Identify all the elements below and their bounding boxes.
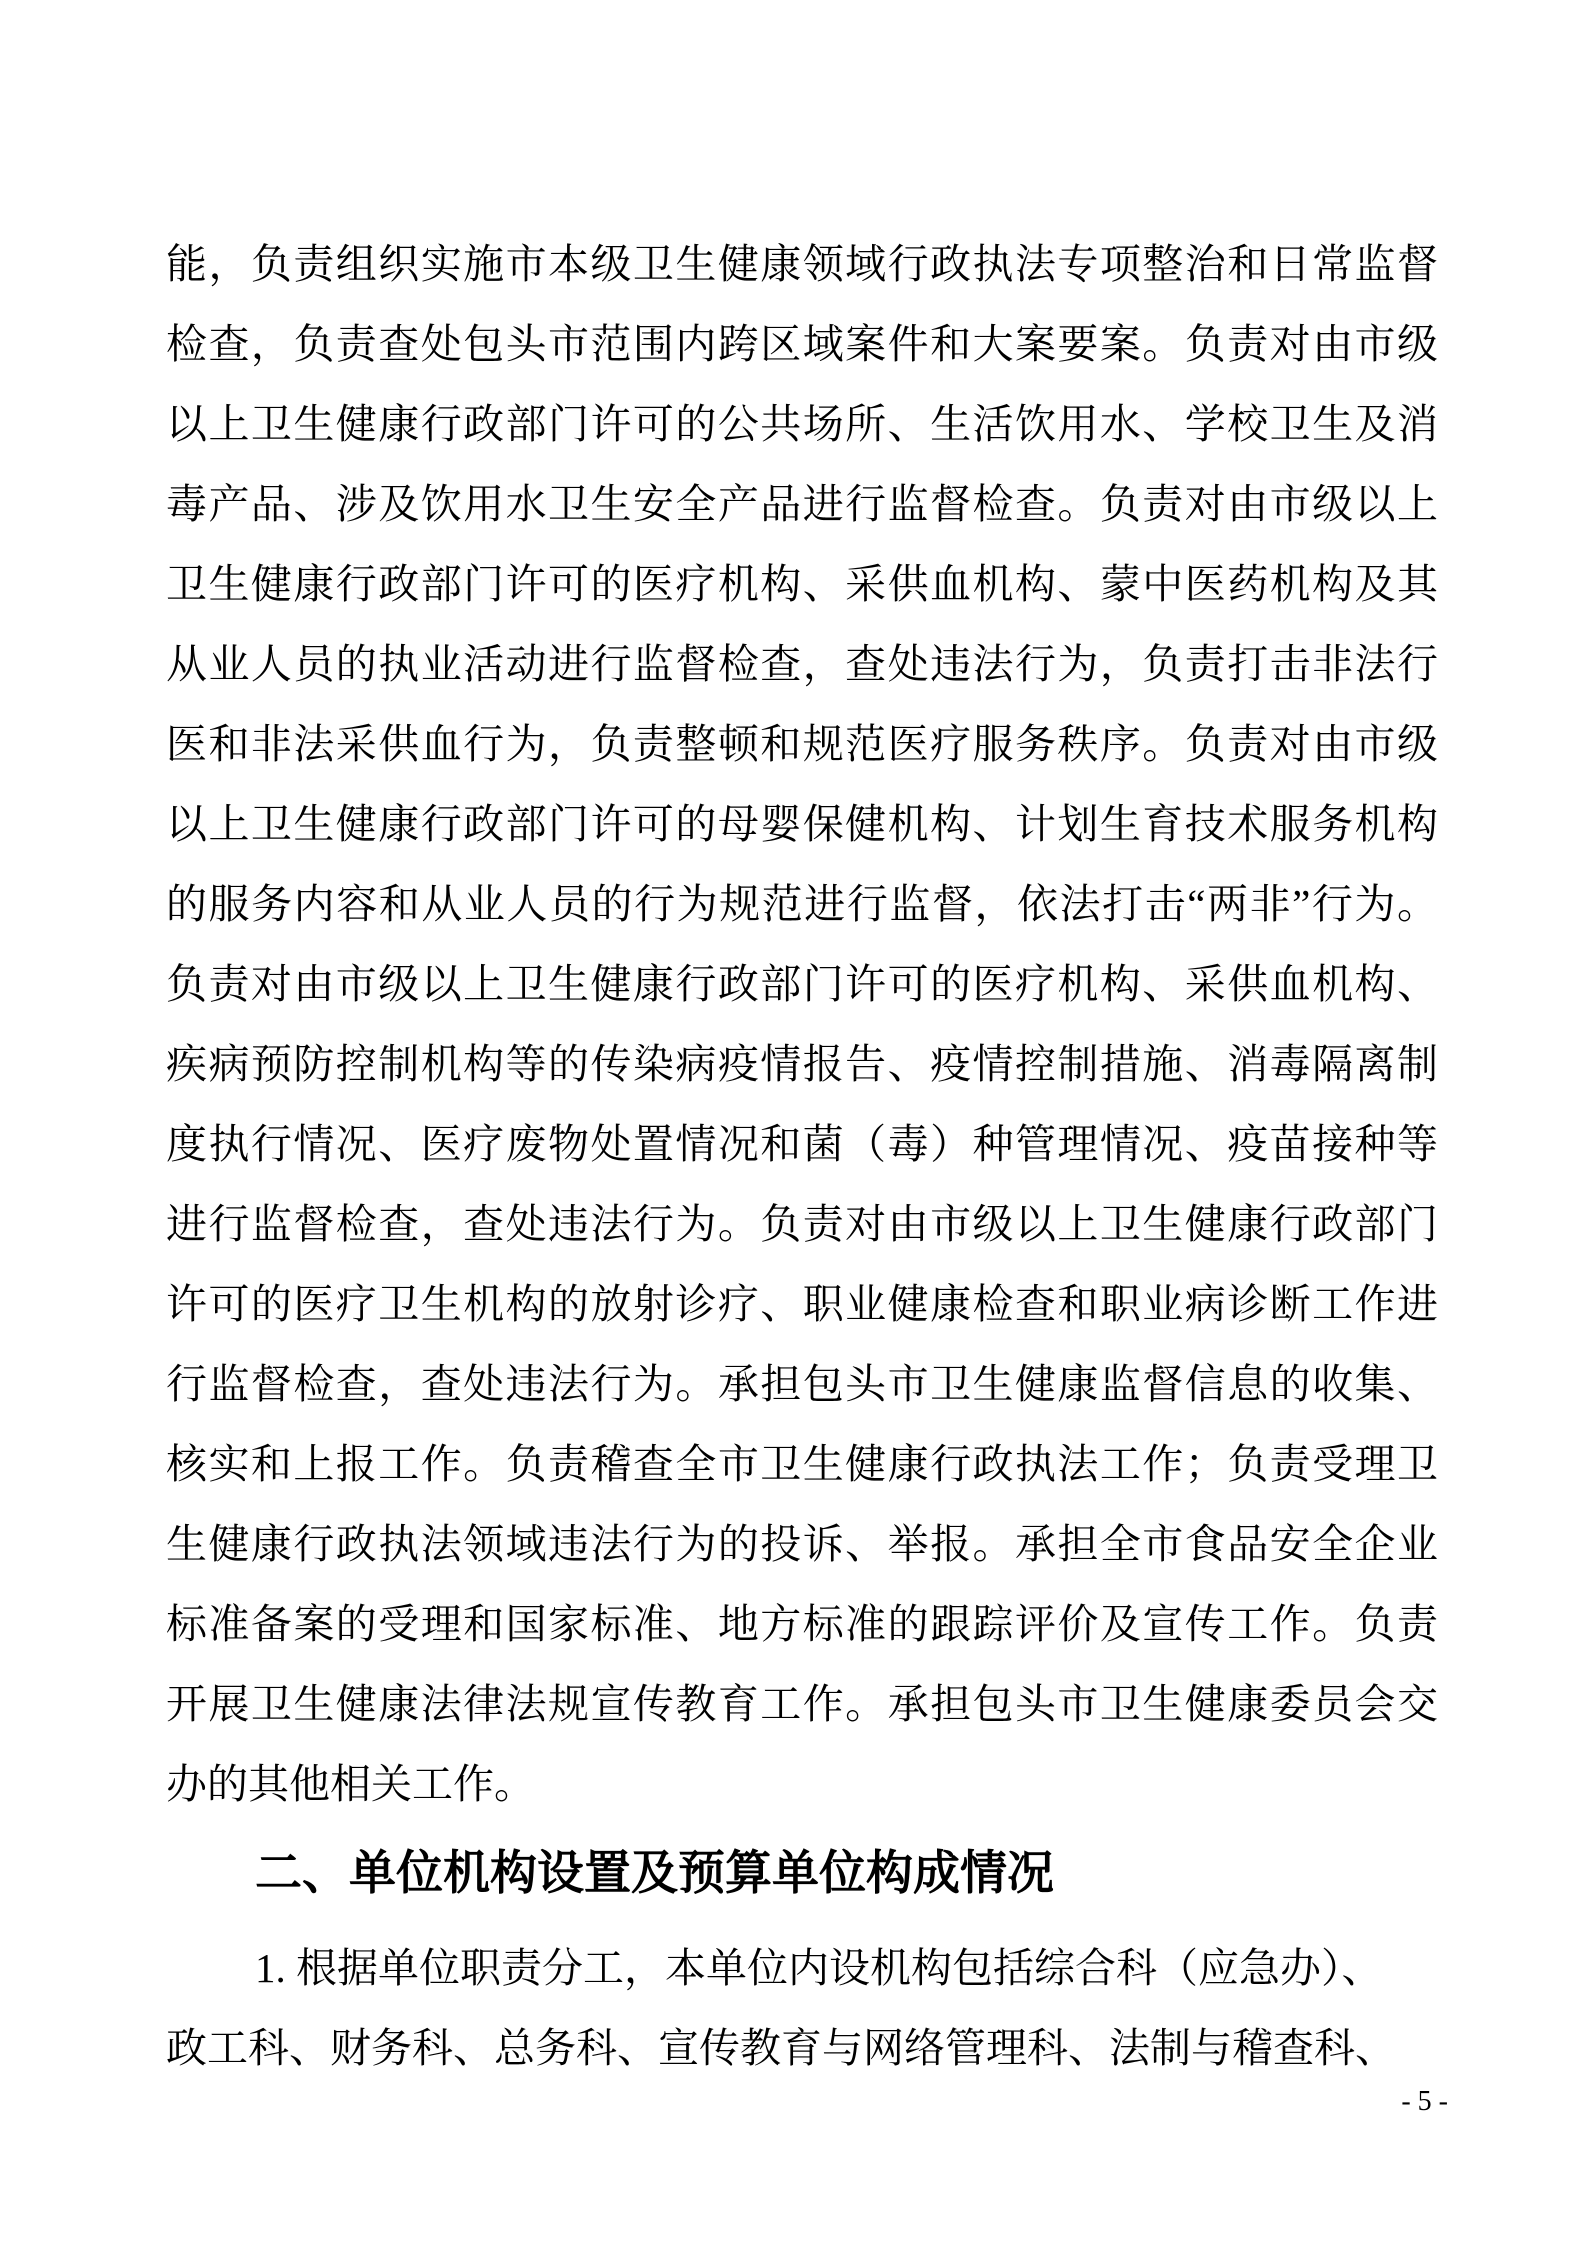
text-line: 以上卫生健康行政部门许可的公共场所、生活饮用水、学校卫生及消 bbox=[166, 384, 1438, 464]
text-line: 进行监督检查，查处违法行为。负责对由市级以上卫生健康行政部门 bbox=[166, 1184, 1438, 1264]
text-line: 疾病预防控制机构等的传染病疫情报告、疫情控制措施、消毒隔离制 bbox=[166, 1024, 1438, 1104]
text-line: 政工科、财务科、总务科、宣传教育与网络管理科、法制与稽查科、 bbox=[166, 2008, 1438, 2088]
text-line: 毒产品、涉及饮用水卫生安全产品进行监督检查。负责对由市级以上 bbox=[166, 464, 1438, 544]
text-line: 开展卫生健康法律法规宣传教育工作。承担包头市卫生健康委员会交 bbox=[166, 1664, 1438, 1744]
text-line: 1. 根据单位职责分工，本单位内设机构包括综合科（应急办）、 bbox=[166, 1928, 1438, 2008]
text-line: 卫生健康行政部门许可的医疗机构、采供血机构、蒙中医药机构及其 bbox=[166, 544, 1438, 624]
text-line: 以上卫生健康行政部门许可的母婴保健机构、计划生育技术服务机构 bbox=[166, 784, 1438, 864]
body-paragraph-2: 1. 根据单位职责分工，本单位内设机构包括综合科（应急办）、 政工科、财务科、总… bbox=[166, 1928, 1438, 2088]
text-line: 办的其他相关工作。 bbox=[166, 1744, 1438, 1824]
text-line: 从业人员的执业活动进行监督检查，查处违法行为，负责打击非法行 bbox=[166, 624, 1438, 704]
section-heading: 二、单位机构设置及预算单位构成情况 bbox=[166, 1831, 1438, 1915]
text-line: 医和非法采供血行为，负责整顿和规范医疗服务秩序。负责对由市级 bbox=[166, 704, 1438, 784]
document-page: 能，负责组织实施市本级卫生健康领域行政执法专项整治和日常监督 检查，负责查处包头… bbox=[0, 0, 1588, 2245]
text-line: 度执行情况、医疗废物处置情况和菌（毒）种管理情况、疫苗接种等 bbox=[166, 1104, 1438, 1184]
text-line: 的服务内容和从业人员的行为规范进行监督，依法打击“两非”行为。 bbox=[166, 864, 1438, 944]
page-number: - 5 - bbox=[1401, 2088, 1448, 2116]
text-line: 许可的医疗卫生机构的放射诊疗、职业健康检查和职业病诊断工作进 bbox=[166, 1264, 1438, 1344]
text-line: 标准备案的受理和国家标准、地方标准的跟踪评价及宣传工作。负责 bbox=[166, 1584, 1438, 1664]
body-paragraph-1: 能，负责组织实施市本级卫生健康领域行政执法专项整治和日常监督 检查，负责查处包头… bbox=[166, 224, 1438, 1824]
text-line: 检查，负责查处包头市范围内跨区域案件和大案要案。负责对由市级 bbox=[166, 304, 1438, 384]
text-line: 生健康行政执法领域违法行为的投诉、举报。承担全市食品安全企业 bbox=[166, 1504, 1438, 1584]
text-line: 行监督检查，查处违法行为。承担包头市卫生健康监督信息的收集、 bbox=[166, 1344, 1438, 1424]
text-line: 负责对由市级以上卫生健康行政部门许可的医疗机构、采供血机构、 bbox=[166, 944, 1438, 1024]
text-line: 核实和上报工作。负责稽查全市卫生健康行政执法工作；负责受理卫 bbox=[166, 1424, 1438, 1504]
text-line: 能，负责组织实施市本级卫生健康领域行政执法专项整治和日常监督 bbox=[166, 224, 1438, 304]
